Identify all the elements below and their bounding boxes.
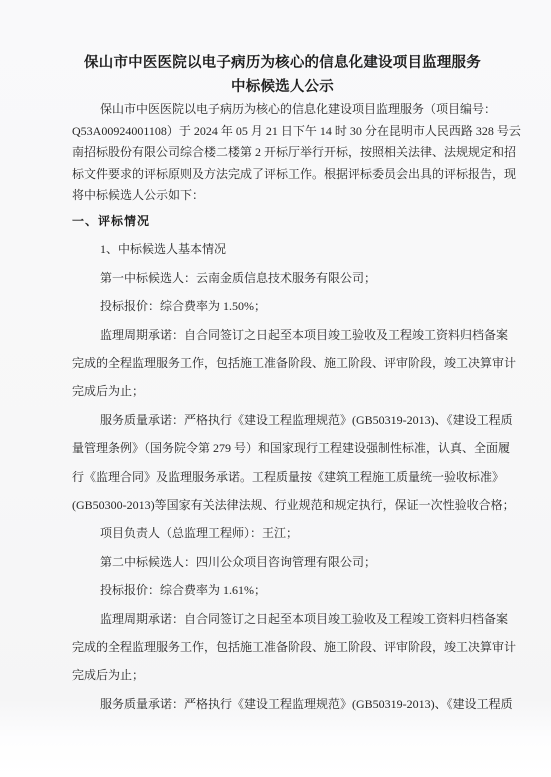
document-line: 完成后为止； xyxy=(72,377,493,405)
document-body: 一、评标情况1、中标候选人基本情况第一中标候选人：云南金质信息技术服务有限公司；… xyxy=(72,207,493,718)
document-line: Q53A00924001108）于 2024 年 05 月 21 日下午 14 … xyxy=(72,121,493,143)
document-line: 服务质量承诺：严格执行《建设工程监理规范》(GB50319-2013)、《建设工… xyxy=(72,406,493,434)
intro-paragraph: 保山市中医医院以电子病历为核心的信息化建设项目监理服务（项目编号：Q53A009… xyxy=(72,99,493,207)
document-line: 完成的全程监理服务工作，包括施工准备阶段、施工阶段、评审阶段，竣工决算审计 xyxy=(72,633,493,661)
document-line: 量管理条例》（国务院令第 279 号）和国家现行工程建设强制性标准，认真、全面履 xyxy=(72,434,493,462)
document-line: 监理周期承诺：自合同签订之日起至本项目竣工验收及工程竣工资料归档备案 xyxy=(72,321,493,349)
document-line: 第二中标候选人：四川公众项目咨询管理有限公司； xyxy=(72,548,493,576)
document-line: (GB50300-2013)等国家有关法律法规、行业规范和规定执行，保证一次性验… xyxy=(72,491,493,519)
document-content: 保山市中医医院以电子病历为核心的信息化建设项目监理服务 中标候选人公示 保山市中… xyxy=(72,0,493,718)
document-line: 保山市中医医院以电子病历为核心的信息化建设项目监理服务（项目编号： xyxy=(72,99,493,121)
document-title: 保山市中医医院以电子病历为核心的信息化建设项目监理服务 中标候选人公示 xyxy=(72,0,493,99)
document-line: 投标报价：综合费率为 1.61%； xyxy=(72,576,493,604)
document-line: 投标报价：综合费率为 1.50%； xyxy=(72,292,493,320)
document-page: 保山市中医医院以电子病历为核心的信息化建设项目监理服务 中标候选人公示 保山市中… xyxy=(0,0,551,777)
document-line: 服务质量承诺：严格执行《建设工程监理规范》(GB50319-2013)、《建设工… xyxy=(72,690,493,718)
document-title-line-1: 保山市中医医院以电子病历为核心的信息化建设项目监理服务 xyxy=(72,52,493,76)
document-line: 1、中标候选人基本情况 xyxy=(72,235,493,263)
document-line: 项目负责人（总监理工程师）：王江； xyxy=(72,519,493,547)
document-line: 一、评标情况 xyxy=(72,207,493,235)
document-line: 监理周期承诺：自合同签订之日起至本项目竣工验收及工程竣工资料归档备案 xyxy=(72,605,493,633)
document-line: 完成后为止； xyxy=(72,661,493,689)
document-line: 将中标候选人公示如下： xyxy=(72,185,493,207)
document-line: 完成的全程监理服务工作，包括施工准备阶段、施工阶段、评审阶段，竣工决算审计 xyxy=(72,349,493,377)
document-title-line-2: 中标候选人公示 xyxy=(72,76,493,100)
document-line: 标文件要求的评标原则及方法完成了评标工作。根据评标委员会出具的评标报告，现 xyxy=(72,164,493,186)
document-line: 南招标股份有限公司综合楼二楼第 2 开标厅举行开标，按照相关法律、法规规定和招 xyxy=(72,142,493,164)
document-line: 第一中标候选人：云南金质信息技术服务有限公司； xyxy=(72,264,493,292)
document-line: 行《监理合同》及监理服务承诺。工程质量按《建筑工程施工质量统一验收标准》 xyxy=(72,463,493,491)
